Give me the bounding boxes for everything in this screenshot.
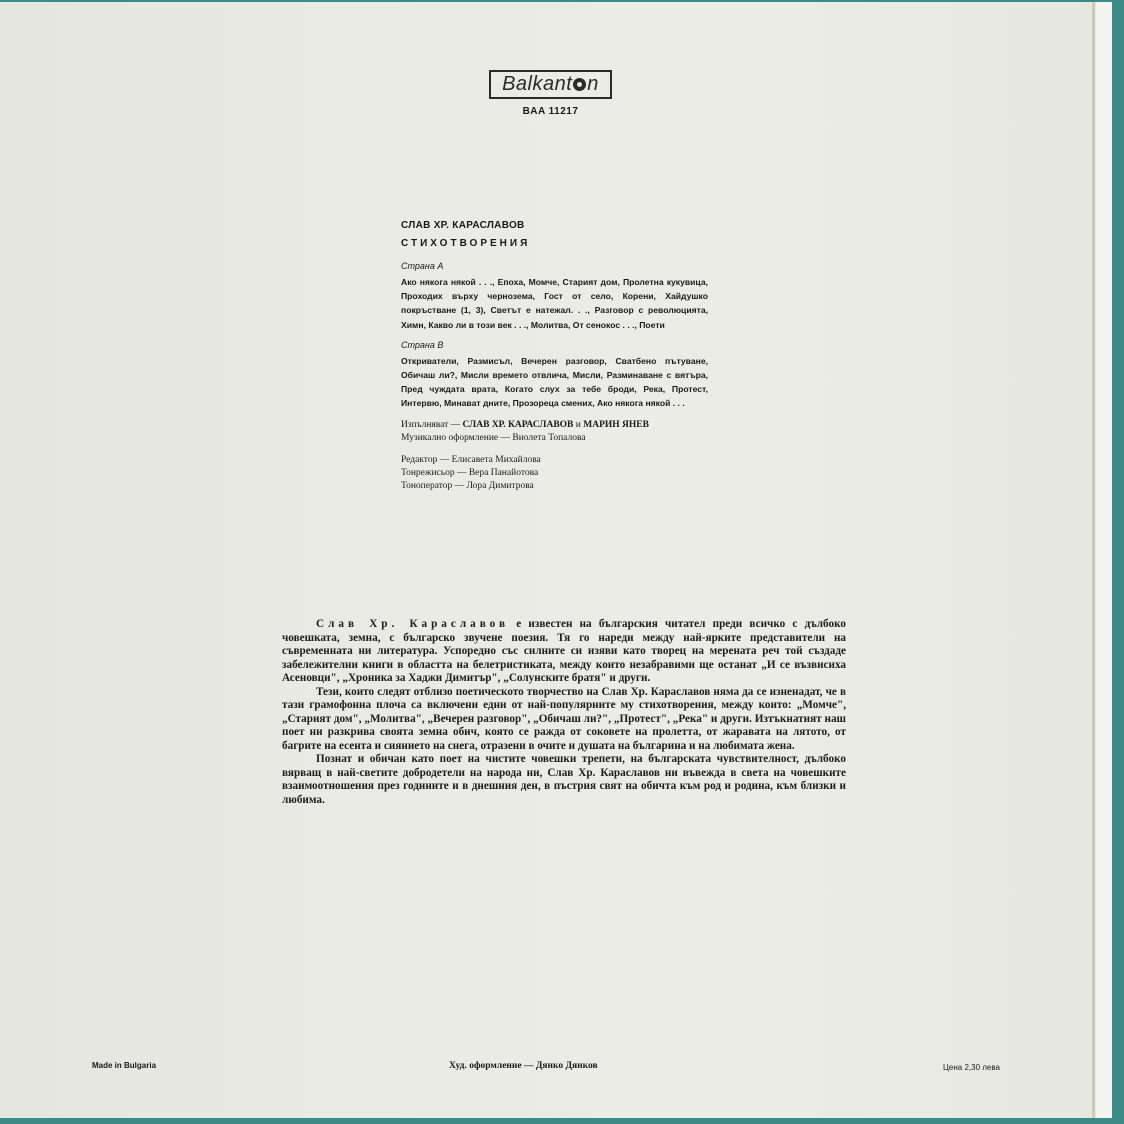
made-in-label: Made in Bulgaria bbox=[92, 1061, 156, 1070]
music-credit: Музикално оформление — Виолета Топалова bbox=[401, 432, 708, 445]
tracklist-section: СЛАВ ХР. КАРАСЛАВОВ СТИХОТВОРЕНИЯ Страна… bbox=[401, 220, 708, 493]
catalog-number: BAA 11217 bbox=[489, 106, 612, 117]
sound-operator-credit: Тоноператор — Лора Димитрова bbox=[401, 480, 708, 493]
liner-paragraph: Слав Хр. Караславов е известен на българ… bbox=[282, 618, 846, 686]
artist-name: СЛАВ ХР. КАРАСЛАВОВ bbox=[401, 220, 708, 231]
side-b-label: Страна В bbox=[401, 340, 708, 350]
art-design-credit: Худ. оформление — Дянко Дянков bbox=[449, 1061, 598, 1071]
liner-paragraph: Тези, които следят отблизо поетическото … bbox=[282, 686, 846, 754]
liner-notes: Слав Хр. Караславов е известен на българ… bbox=[282, 618, 846, 807]
side-b-tracks: Откриватели, Размисъл, Вечерен разговор,… bbox=[401, 354, 708, 411]
brand-name: Balkantn bbox=[502, 73, 599, 96]
side-a-label: Страна А bbox=[401, 261, 708, 271]
spine-edge bbox=[1096, 2, 1112, 1118]
editor-credit: Редактор — Елисавета Михайлова bbox=[401, 454, 708, 467]
record-back-cover: Balkantn BAA 11217 СЛАВ ХР. КАРАСЛАВОВ С… bbox=[0, 2, 1112, 1118]
record-disc-icon bbox=[573, 78, 586, 91]
sound-director-credit: Тонрежисьор — Вера Панайотова bbox=[401, 467, 708, 480]
performers-line: Изпълняват — СЛАВ ХР. КАРАСЛАВОВ и МАРИН… bbox=[401, 419, 708, 432]
price-label: Цена 2,30 лева bbox=[943, 1063, 1000, 1072]
balkanton-logo: Balkantn bbox=[489, 70, 612, 99]
performer-credits: Изпълняват — СЛАВ ХР. КАРАСЛАВОВ и МАРИН… bbox=[401, 419, 708, 445]
side-a-tracks: Ако някога някой . . ., Епоха, Момче, Ст… bbox=[401, 275, 708, 332]
album-title: СТИХОТВОРЕНИЯ bbox=[401, 238, 708, 249]
production-credits: Редактор — Елисавета Михайлова Тонрежись… bbox=[401, 454, 708, 493]
liner-paragraph: Познат и обичан като поет на чистите чов… bbox=[282, 753, 846, 807]
